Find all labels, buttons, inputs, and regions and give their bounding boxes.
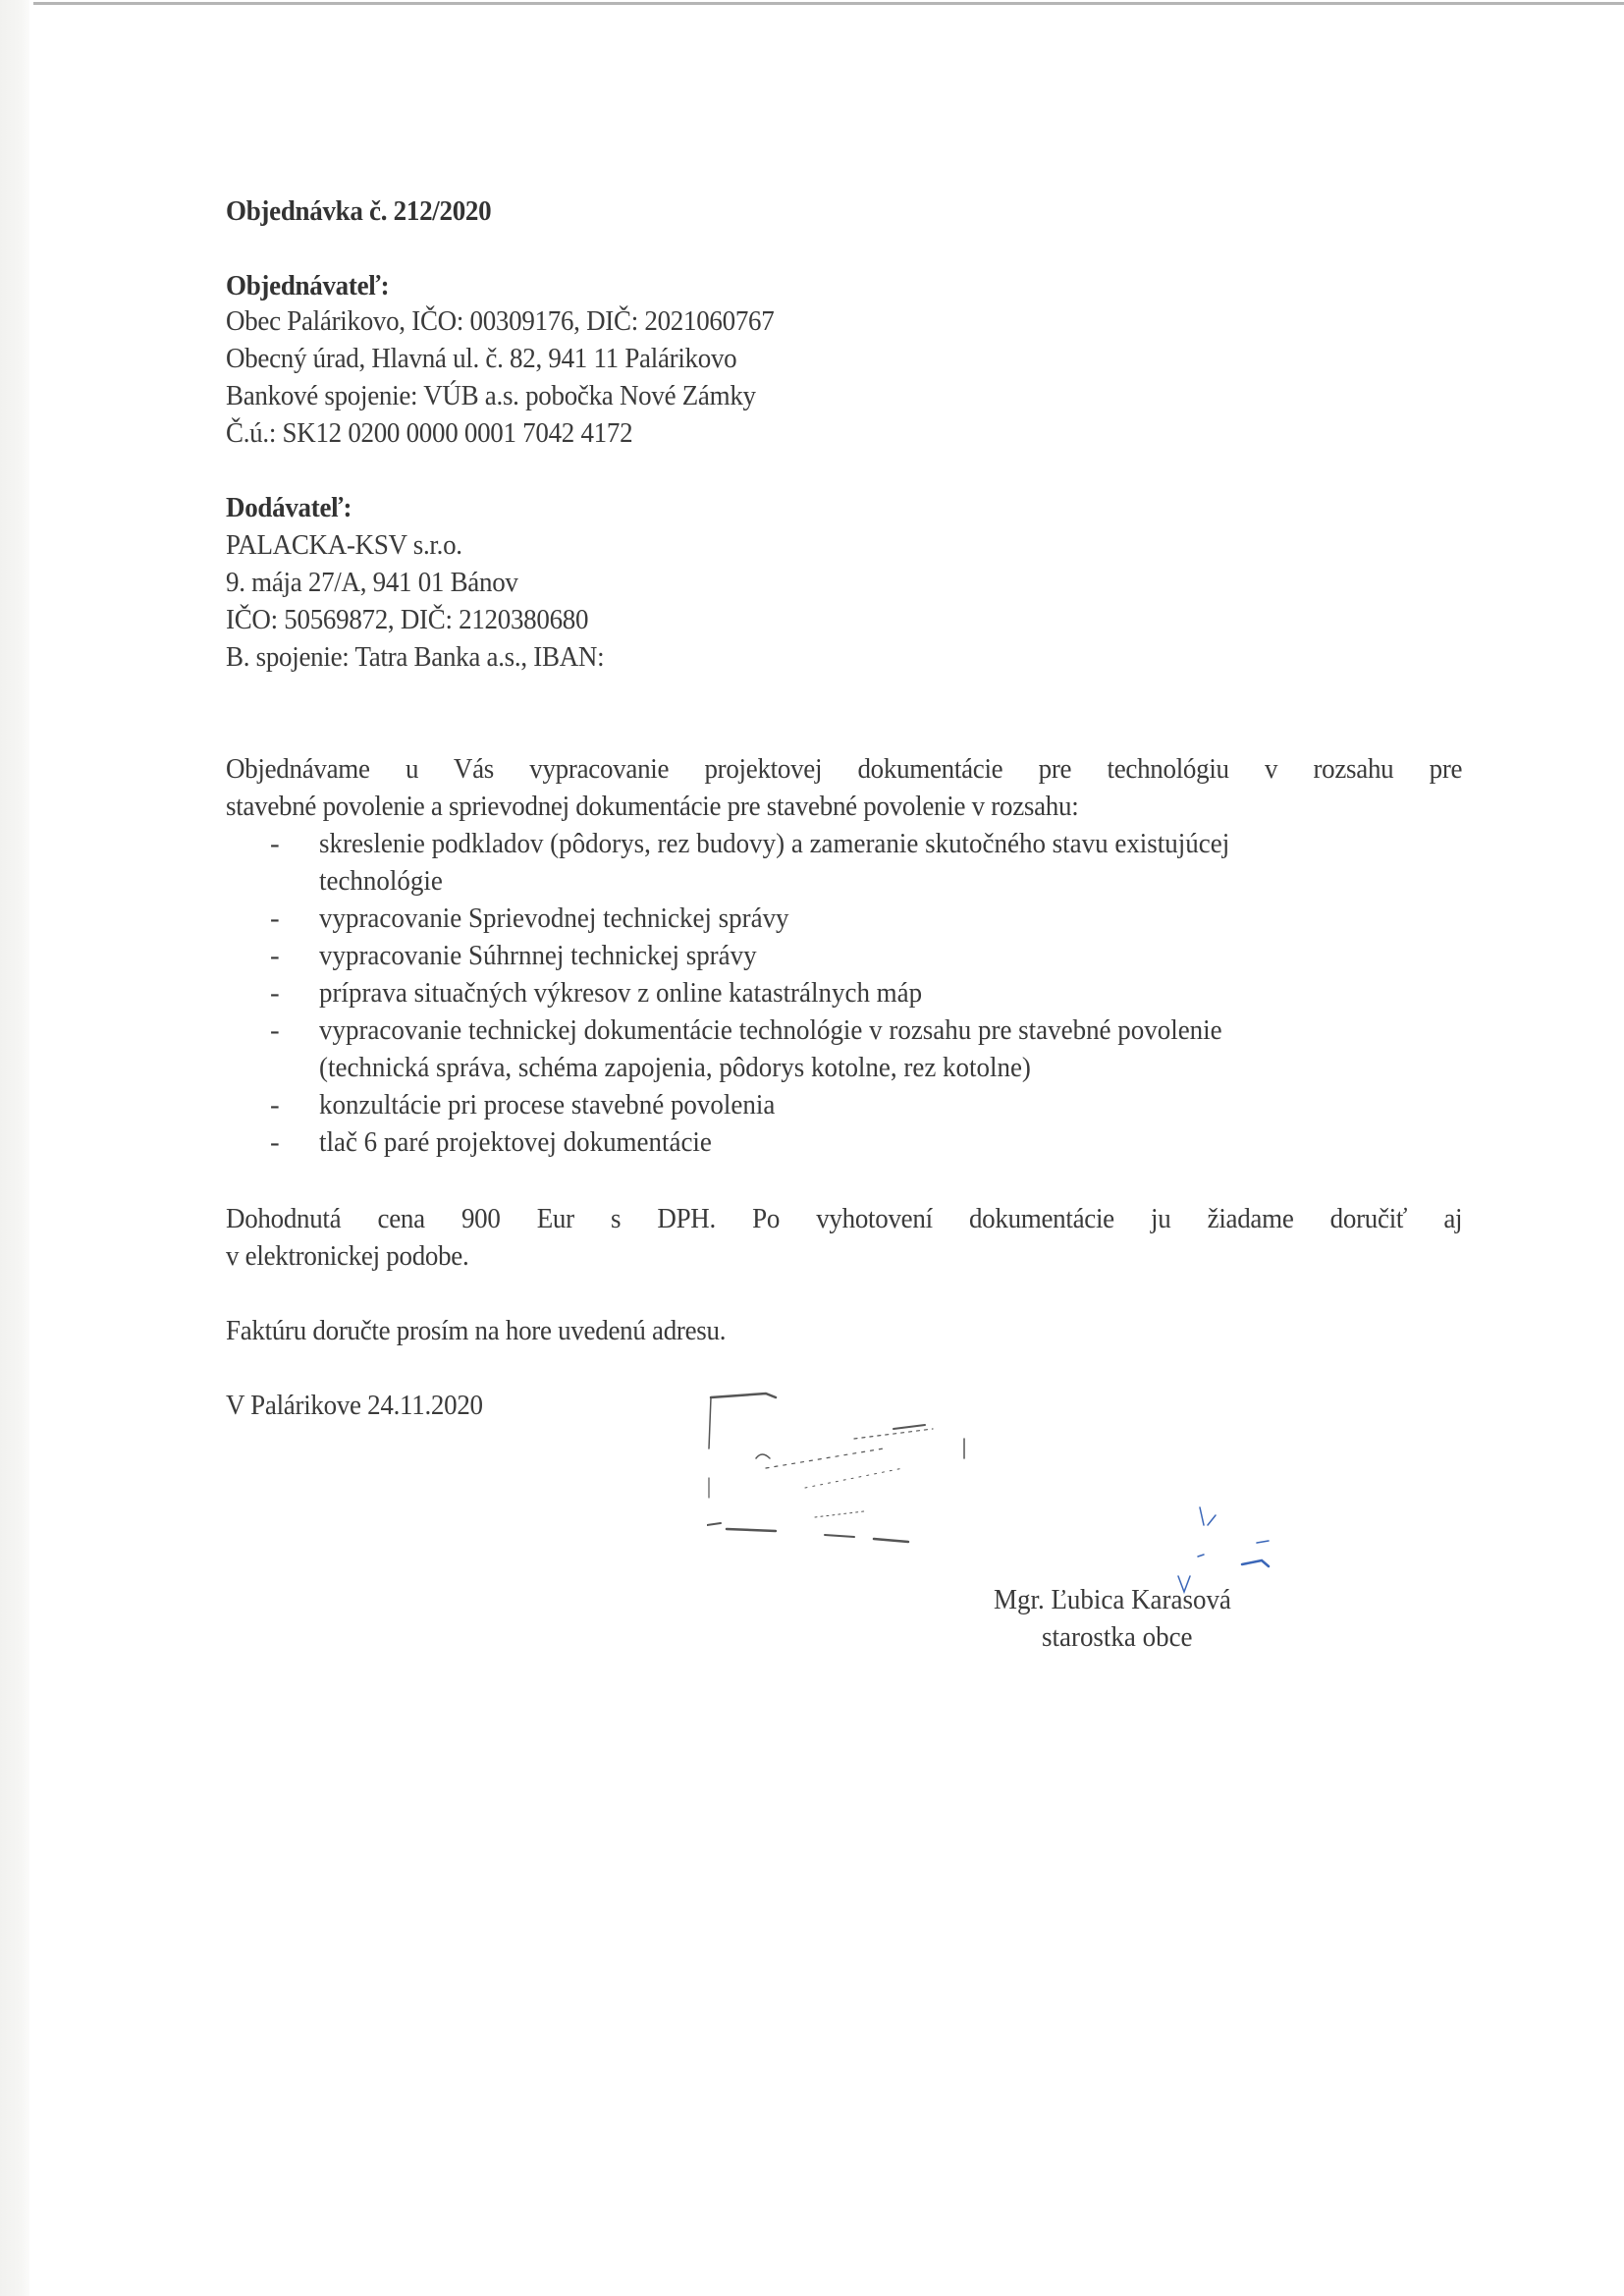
list-item: skreslenie podkladov (pôdorys, rez budov… xyxy=(319,825,1229,862)
bullet-marker: - xyxy=(270,1086,280,1123)
list-item: vypracovanie technickej dokumentácie tec… xyxy=(319,1011,1222,1049)
orderer-line: Č.ú.: SK12 0200 0000 0001 7042 4172 xyxy=(226,414,632,452)
orderer-line: Bankové spojenie: VÚB a.s. pobočka Nové … xyxy=(226,377,756,414)
scan-edge-left xyxy=(0,0,29,2296)
orderer-line: Obecný úrad, Hlavná ul. č. 82, 941 11 Pa… xyxy=(226,340,736,377)
document-title: Objednávka č. 212/2020 xyxy=(226,192,491,230)
place-date: V Palárikove 24.11.2020 xyxy=(226,1387,483,1424)
intro-line: Objednávame u Vás vypracovanie projektov… xyxy=(226,750,1462,788)
price-line: v elektronickej podobe. xyxy=(226,1237,468,1275)
price-line: Dohodnutá cena 900 Eur s DPH. Po vyhotov… xyxy=(226,1200,1462,1237)
bullet-marker: - xyxy=(270,1123,280,1161)
stamp-icon xyxy=(707,1390,1070,1557)
supplier-line: 9. mája 27/A, 941 01 Bánov xyxy=(226,564,518,601)
orderer-heading: Objednávateľ: xyxy=(226,267,389,304)
bullet-marker: - xyxy=(270,1011,280,1049)
invoice-note: Faktúru doručte prosím na hore uvedenú a… xyxy=(226,1312,726,1349)
list-item: tlač 6 paré projektovej dokumentácie xyxy=(319,1123,712,1161)
signatory-name: Mgr. Ľubica Karasová xyxy=(994,1581,1231,1618)
list-item: príprava situačných výkresov z online ka… xyxy=(319,974,922,1011)
list-item-continuation: (technická správa, schéma zapojenia, pôd… xyxy=(319,1049,1031,1086)
bullet-marker: - xyxy=(270,825,280,862)
signatory-role: starostka obce xyxy=(1042,1618,1193,1656)
bullet-marker: - xyxy=(270,974,280,1011)
intro-line: stavebné povolenie a sprievodnej dokumen… xyxy=(226,788,1078,825)
supplier-line: B. spojenie: Tatra Banka a.s., IBAN: xyxy=(226,638,604,676)
list-item: vypracovanie Sprievodnej technickej sprá… xyxy=(319,900,789,937)
bullet-marker: - xyxy=(270,900,280,937)
list-item-continuation: technológie xyxy=(319,862,443,900)
orderer-line: Obec Palárikovo, IČO: 00309176, DIČ: 202… xyxy=(226,302,774,340)
bullet-marker: - xyxy=(270,937,280,974)
supplier-line: IČO: 50569872, DIČ: 2120380680 xyxy=(226,601,588,638)
supplier-heading: Dodávateľ: xyxy=(226,489,352,526)
list-item: konzultácie pri procese stavebné povolen… xyxy=(319,1086,775,1123)
supplier-line: PALACKA-KSV s.r.o. xyxy=(226,526,462,564)
scan-edge-top xyxy=(33,2,1624,5)
list-item: vypracovanie Súhrnnej technickej správy xyxy=(319,937,757,974)
